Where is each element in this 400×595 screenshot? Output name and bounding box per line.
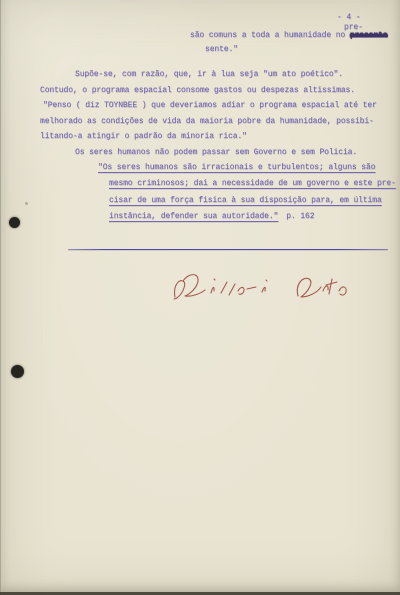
typed-line-3: "Penso ( diz TOYNBEE ) que deveriamos ad… bbox=[43, 101, 377, 111]
quote-line-4-text: instância, defender sua autoridade." bbox=[109, 212, 278, 221]
paper-speck bbox=[25, 202, 28, 205]
scan-edge-left bbox=[0, 0, 1, 595]
quote-line-1: "Os seres humanos são irracionais e turb… bbox=[98, 163, 375, 173]
carryover-line-2: sente." bbox=[205, 45, 238, 55]
signature-scribble-icon bbox=[170, 270, 355, 310]
carryover-line-1-text: são comuns a toda a humanidade no bbox=[190, 31, 350, 40]
typed-line-6: Os seres humanos não podem passar sem Go… bbox=[75, 148, 357, 158]
quote-line-2: mesmo criminosos; dai a necessidade de u… bbox=[109, 179, 396, 189]
quote-line-3: cisar de uma força fisica à sua disposiç… bbox=[109, 196, 382, 206]
carryover-line-1: são comuns a toda a humanidade no presen… bbox=[190, 31, 387, 41]
signature-handwriting bbox=[170, 270, 355, 310]
typed-line-1: Supõe-se, com razão, que, ir à lua seja … bbox=[75, 70, 343, 80]
page-reference: p. 162 bbox=[286, 212, 314, 221]
hole-punch-mark-top bbox=[9, 217, 20, 228]
typed-line-4: melhorado as condições de vida da maiori… bbox=[40, 117, 374, 127]
page-number: - 4 - bbox=[337, 13, 361, 23]
struck-out-word: presente bbox=[350, 31, 388, 40]
typed-line-2: Contudo, o programa espacial consome gas… bbox=[40, 86, 355, 96]
quote-line-4: instância, defender sua autoridade."p. 1… bbox=[109, 212, 314, 222]
typed-line-5: litando-a atingir o padrão da minoria ri… bbox=[40, 132, 247, 142]
hole-punch-mark-bottom bbox=[11, 365, 24, 378]
